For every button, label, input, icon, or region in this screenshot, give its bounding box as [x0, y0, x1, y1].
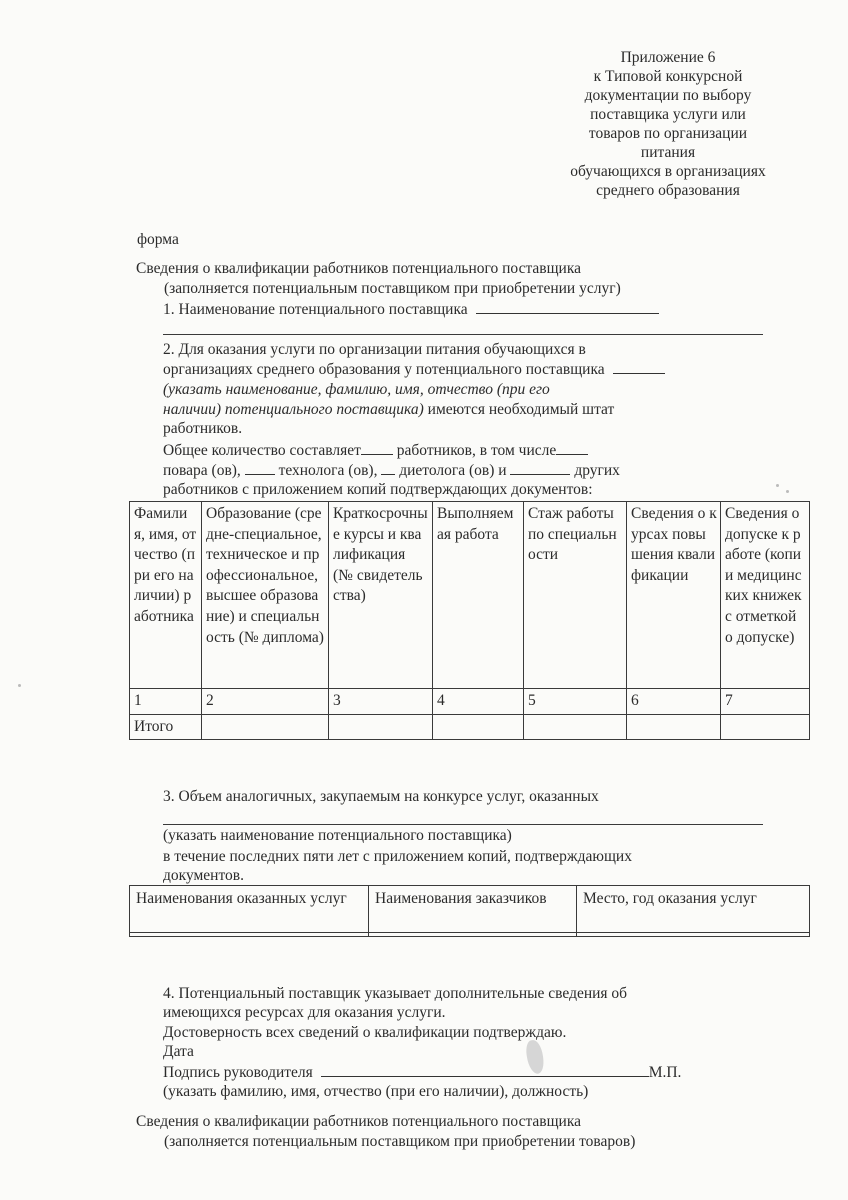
empty-cell[interactable]	[369, 933, 577, 937]
item2-line2-text: организациях среднего образования у поте…	[163, 361, 605, 378]
section-title-services: Сведения о квалификации работников потен…	[136, 259, 581, 279]
total-cell[interactable]	[524, 714, 627, 740]
header-customers: Наименования заказчиков	[369, 886, 577, 933]
technologists-count-field[interactable]	[245, 460, 275, 475]
section-subtitle-goods: (заполняется потенциальным поставщиком п…	[164, 1132, 635, 1152]
signature-label: Подпись руководителя	[163, 1064, 313, 1081]
column-number: 2	[202, 689, 329, 715]
column-number: 7	[721, 689, 810, 715]
item3-line1: 3. Объем аналогичных, закупаемым на конк…	[163, 787, 599, 807]
header-place-year: Место, год оказания услуг	[577, 886, 810, 933]
services-table-header-row: Наименования оказанных услуг Наименовани…	[130, 886, 810, 933]
item2-hint-line2: наличии) потенциального поставщика)	[163, 401, 424, 418]
appendix-line: питания	[548, 143, 788, 162]
including-label: работников, в том числе	[393, 442, 556, 459]
other-workers-count-field[interactable]	[510, 460, 570, 475]
dietitians-label: диетолога (ов) и	[395, 462, 510, 479]
cooks-count-field[interactable]	[556, 440, 588, 455]
header-full-name: Фамилия, имя, отчество (при его наличии)…	[130, 502, 202, 689]
supplier-name-field[interactable]	[476, 299, 659, 314]
staff-table-number-row: 1 2 3 4 5 6 7	[130, 689, 810, 715]
total-cell[interactable]	[721, 714, 810, 740]
item2-hint-line1: (указать наименование, фамилию, имя, отч…	[163, 380, 550, 400]
item4-line1: 4. Потенциальный поставщик указывает доп…	[163, 984, 627, 1004]
header-work-permit: Сведения о допуске к работе (копии медиц…	[721, 502, 810, 689]
column-number: 6	[627, 689, 721, 715]
empty-cell[interactable]	[130, 933, 369, 937]
column-number: 4	[433, 689, 524, 715]
item3-hint: (указать наименование потенциального пос…	[163, 826, 512, 846]
item2-line5: работников.	[163, 419, 242, 439]
total-cell[interactable]	[329, 714, 433, 740]
header-education: Образование (средне-специальное, техниче…	[202, 502, 329, 689]
item2-line4: наличии) потенциального поставщика) имею…	[163, 400, 614, 420]
cooks-label: повара (ов),	[163, 462, 245, 479]
staff-table-total-row: Итого	[130, 714, 810, 740]
staff-table-header-row: Фамилия, имя, отчество (при его наличии)…	[130, 502, 810, 689]
total-label: Итого	[130, 714, 202, 740]
appendix-line: поставщика услуги или	[548, 105, 788, 124]
supplier-name-field-item3[interactable]	[163, 824, 763, 825]
total-cell[interactable]	[433, 714, 524, 740]
section-title-goods: Сведения о квалификации работников потен…	[136, 1112, 581, 1132]
stamp-label: М.П.	[649, 1064, 682, 1081]
item2-line2: организациях среднего образования у поте…	[163, 359, 665, 380]
item2-line1: 2. Для оказания услуги по организации пи…	[163, 340, 586, 360]
empty-cell[interactable]	[577, 933, 810, 937]
appendix-line: к Типовой конкурсной	[548, 67, 788, 86]
appendix-line: Приложение 6	[548, 48, 788, 67]
date-label: Дата	[163, 1042, 194, 1062]
column-number: 1	[130, 689, 202, 715]
item2-total-workers: Общее количество составляет работников, …	[163, 440, 588, 461]
signature-row: Подпись руководителя М.П.	[163, 1062, 681, 1083]
section-subtitle-services: (заполняется потенциальным поставщиком п…	[164, 279, 621, 299]
item3-line3: в течение последних пяти лет с приложени…	[163, 847, 632, 867]
scan-speck	[786, 490, 789, 493]
total-cell[interactable]	[627, 714, 721, 740]
appendix-line: обучающихся в организациях	[548, 162, 788, 181]
total-workers-field[interactable]	[361, 440, 393, 455]
form-label: форма	[137, 230, 179, 250]
header-experience: Стаж работы по специальности	[524, 502, 627, 689]
column-number: 3	[329, 689, 433, 715]
header-training-courses: Сведения о курсах повышения квалификации	[627, 502, 721, 689]
dietitians-count-field[interactable]	[381, 460, 395, 475]
item2-line8: работников с приложением копий подтвержд…	[163, 480, 593, 500]
item1-supplier-name: 1. Наименование потенциального поставщик…	[163, 299, 659, 320]
signature-field[interactable]	[321, 1062, 649, 1077]
scan-speck	[776, 484, 779, 487]
item2-line4-rest: имеются необходимый штат	[424, 401, 615, 418]
header-services-name: Наименования оказанных услуг	[130, 886, 369, 933]
staff-table: Фамилия, имя, отчество (при его наличии)…	[129, 501, 810, 740]
supplier-name-field-line2[interactable]	[163, 334, 763, 335]
total-cell[interactable]	[202, 714, 329, 740]
total-label: Общее количество составляет	[163, 442, 361, 459]
header-work-performed: Выполняемая работа	[433, 502, 524, 689]
item2-breakdown: повара (ов), технолога (ов), диетолога (…	[163, 460, 620, 481]
item4-line2: имеющихся ресурсах для оказания услуги.	[163, 1003, 446, 1023]
services-table: Наименования оказанных услуг Наименовани…	[129, 885, 810, 937]
technologists-label: технолога (ов),	[275, 462, 382, 479]
supplier-field[interactable]	[613, 359, 665, 374]
item1-label: 1. Наименование потенциального поставщик…	[163, 301, 468, 318]
header-short-courses: Краткосрочные курсы и квалификация (№ св…	[329, 502, 433, 689]
appendix-line: документации по выбору	[548, 86, 788, 105]
others-label: других	[570, 462, 619, 479]
appendix-line: среднего образования	[548, 181, 788, 200]
services-table-empty-row	[130, 933, 810, 937]
confirmation-text: Достоверность всех сведений о квалификац…	[163, 1023, 566, 1043]
appendix-line: товаров по организации	[548, 124, 788, 143]
appendix-header: Приложение 6 к Типовой конкурсной докуме…	[548, 48, 788, 200]
signature-hint: (указать фамилию, имя, отчество (при его…	[163, 1082, 588, 1102]
column-number: 5	[524, 689, 627, 715]
scan-speck	[18, 684, 21, 687]
item3-line4: документов.	[163, 866, 244, 886]
